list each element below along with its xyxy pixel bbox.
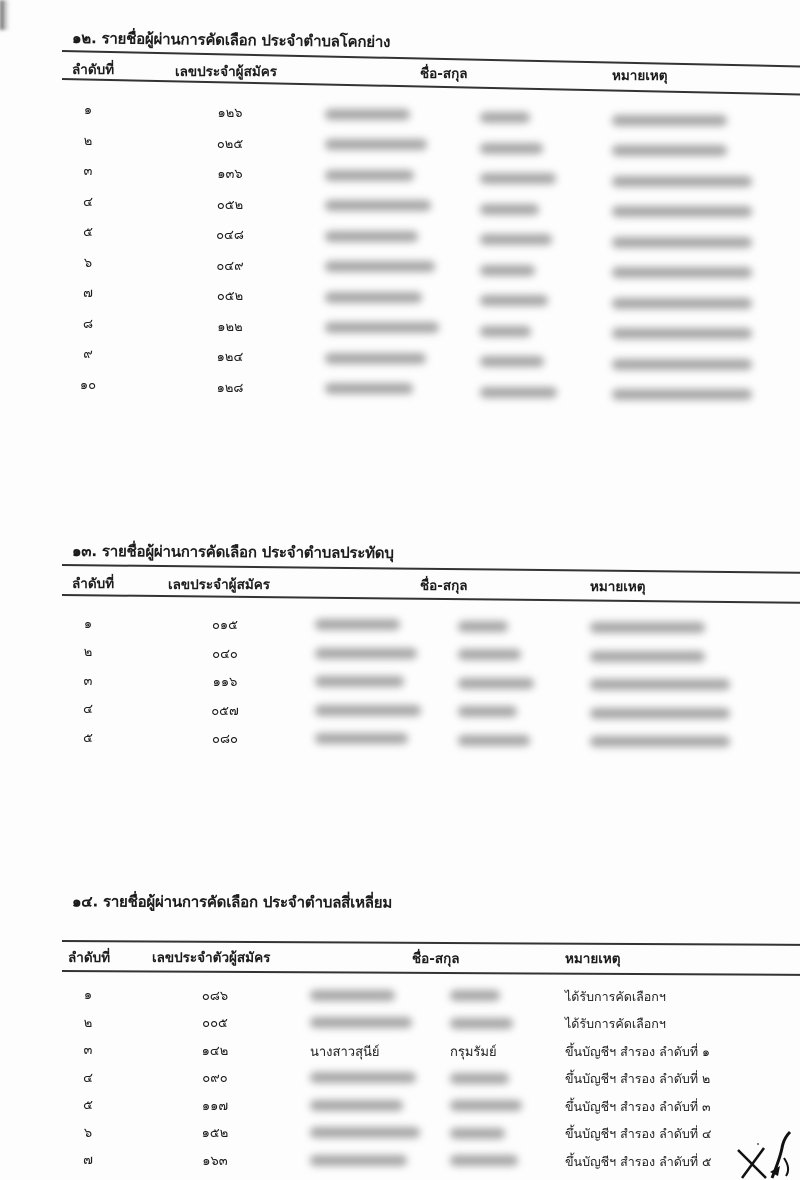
remark-redacted [612, 115, 727, 126]
applicant-id: ๐๐๕ [185, 1012, 245, 1033]
first-name-redacted [325, 353, 426, 364]
section-title: ๑๔. รายชื่อผู้ผ่านการคัดเลือก ประจำตำบลส… [72, 889, 392, 914]
table-row: ๔๐๙๐ขึ้นบัญชีฯ สำรอง ลำดับที่ ๒ [0, 1067, 800, 1095]
last-name-redacted [458, 706, 517, 717]
applicant-id: ๑๓๖ [200, 163, 260, 184]
applicant-id: ๐๑๕ [195, 614, 255, 635]
first-name-redacted [310, 1100, 403, 1111]
header-order: ลำดับที่ [68, 946, 110, 968]
order-number: ๙ [68, 343, 108, 364]
order-number: ๖ [68, 252, 108, 273]
remark-redacted [612, 359, 752, 370]
last-name-redacted [480, 173, 556, 184]
remark: ขึ้นบัญชีฯ สำรอง ลำดับที่ ๒ [565, 1069, 710, 1089]
order-number: ๗ [68, 282, 108, 303]
header-name: ชื่อ-สกุล [412, 947, 460, 969]
table-row: ๑๐๘๖ได้รับการคัดเลือกฯ [0, 984, 800, 1012]
header-remark: หมายเหตุ [612, 64, 668, 86]
order-number: ๓ [68, 160, 108, 181]
last-name-redacted [450, 1073, 509, 1084]
table-row: ๗๑๖๓ขึ้นบัญชีฯ สำรอง ลำดับที่ ๕ [0, 1149, 800, 1177]
applicant-id: ๐๕๒ [200, 285, 260, 306]
first-name-redacted [310, 1155, 407, 1166]
first-name-redacted [325, 261, 435, 272]
order-number: ๑๐ [68, 374, 108, 395]
table-rule [62, 970, 800, 975]
first-name-redacted [325, 139, 427, 150]
last-name-redacted [480, 356, 544, 367]
table-row: ๕๐๘๐ [0, 726, 800, 754]
order-number: ๔ [68, 191, 108, 212]
last-name-redacted [450, 1128, 505, 1139]
remark-redacted [590, 651, 705, 662]
last-name-redacted [450, 990, 500, 1001]
order-number: ๔ [68, 1067, 108, 1088]
applicant-id: ๑๑๖ [195, 671, 255, 692]
table-row: ๘๑๒๒ [0, 312, 800, 340]
first-name-redacted [325, 200, 431, 211]
order-number: ๕ [68, 1094, 108, 1115]
applicant-id: ๐๔๘ [200, 224, 260, 245]
table-row: ๒๐๐๕ได้รับการคัดเลือกฯ [0, 1012, 800, 1040]
remark: ขึ้นบัญชีฯ สำรอง ลำดับที่ ๑ [565, 1042, 710, 1062]
applicant-id: ๐๔๙ [200, 255, 260, 276]
last-name-redacted [458, 649, 521, 660]
remark-redacted [612, 389, 752, 400]
last-name-redacted [480, 265, 535, 276]
remark: ขึ้นบัญชีฯ สำรอง ลำดับที่ ๔ [565, 1124, 712, 1144]
remark-redacted [612, 176, 752, 187]
table-row: ๙๑๒๔ [0, 342, 800, 370]
applicant-id: ๐๙๐ [185, 1067, 245, 1088]
section-title: ๑๒. รายชื่อผู้ผ่านการคัดเลือก ประจำตำบลโ… [72, 26, 391, 54]
table-row: ๑๑๒๖ [0, 98, 800, 126]
order-number: ๑ [68, 613, 108, 634]
order-number: ๕ [68, 221, 108, 242]
applicant-id: ๑๑๗ [185, 1095, 245, 1116]
table-row: ๓๑๓๖ [0, 159, 800, 187]
first-name-redacted [310, 990, 395, 1001]
table-rule [62, 940, 800, 945]
applicant-id: ๐๔๐ [195, 643, 255, 664]
last-name-redacted [450, 1155, 518, 1166]
last-name-redacted [458, 735, 530, 746]
remark-redacted [612, 237, 752, 248]
table-row: ๗๐๕๒ [0, 281, 800, 309]
remark: ได้รับการคัดเลือกฯ [565, 987, 666, 1007]
applicant-id: ๑๒๔ [200, 346, 260, 367]
order-number: ๖ [68, 1122, 108, 1143]
first-name-redacted [325, 292, 422, 303]
table-row: ๕๑๑๗ขึ้นบัญชีฯ สำรอง ลำดับที่ ๓ [0, 1094, 800, 1122]
order-number: ๔ [68, 698, 108, 719]
first-name-redacted [325, 109, 410, 120]
applicant-id: ๑๕๒ [185, 1122, 245, 1143]
applicant-id: ๐๕๒ [200, 194, 260, 215]
table-row: ๒๐๒๕ [0, 129, 800, 157]
table-row: ๕๐๔๘ [0, 220, 800, 248]
remark-redacted [590, 622, 705, 633]
last-name-redacted [450, 1018, 513, 1029]
signature-icon [728, 1128, 798, 1180]
last-name-redacted [480, 112, 530, 123]
remark-redacted [590, 736, 730, 747]
header-applicant-id: เลขประจำผู้สมัคร [168, 573, 270, 595]
header-applicant-id: เลขประจำตัวผู้สมัคร [152, 946, 270, 968]
remark-redacted [612, 206, 752, 217]
last-name-redacted [458, 678, 534, 689]
header-name: ชื่อ-สกุล [420, 62, 468, 84]
table-row: ๖๐๔๙ [0, 251, 800, 279]
remark-redacted [612, 267, 752, 278]
header-applicant-id: เลขประจำผู้สมัคร [175, 60, 277, 82]
first-name-redacted [325, 383, 413, 394]
first-name-redacted [310, 1017, 412, 1028]
table-row: ๑๐๑๒๘ [0, 373, 800, 401]
applicant-id: ๑๖๓ [185, 1150, 245, 1171]
order-number: ๓ [68, 1039, 108, 1060]
first-name-redacted [315, 733, 408, 744]
last-name-redacted [450, 1100, 522, 1111]
first-name-redacted [315, 619, 400, 630]
table-row: ๓๑๔๒นางสาวสุนีย์กรุมรัมย์ขึ้นบัญชีฯ สำรอ… [0, 1039, 800, 1067]
order-number: ๒ [68, 641, 108, 662]
applicant-id: ๐๘๐ [195, 728, 255, 749]
table-row: ๖๑๕๒ขึ้นบัญชีฯ สำรอง ลำดับที่ ๔ [0, 1122, 800, 1150]
order-number: ๑ [68, 984, 108, 1005]
table-rule [62, 564, 800, 573]
order-number: ๗ [68, 1149, 108, 1170]
last-name: กรุมรัมย์ [450, 1041, 497, 1062]
first-name: นางสาวสุนีย์ [310, 1041, 380, 1062]
order-number: ๓ [68, 670, 108, 691]
last-name-redacted [458, 621, 508, 632]
first-name-redacted [310, 1072, 416, 1083]
last-name-redacted [480, 326, 531, 337]
section-title: ๑๓. รายชื่อผู้ผ่านการคัดเลือก ประจำตำบลป… [72, 539, 394, 565]
table-row: ๔๐๕๗ [0, 698, 800, 726]
remark-redacted [590, 679, 730, 690]
order-number: ๘ [68, 313, 108, 334]
first-name-redacted [315, 705, 421, 716]
applicant-id: ๑๔๒ [185, 1040, 245, 1061]
last-name-redacted [480, 387, 557, 398]
remark-redacted [612, 298, 752, 309]
first-name-redacted [325, 322, 439, 333]
applicant-id: ๑๒๘ [200, 377, 260, 398]
header-remark: หมายเหตุ [565, 947, 621, 969]
table-row: ๒๐๔๐ [0, 641, 800, 669]
order-number: ๒ [68, 130, 108, 151]
first-name-redacted [315, 648, 417, 659]
last-name-redacted [480, 204, 539, 215]
table-row: ๔๐๕๒ [0, 190, 800, 218]
scan-edge-shadow [0, 0, 10, 30]
first-name-redacted [325, 231, 418, 242]
order-number: ๑ [68, 99, 108, 120]
applicant-id: ๑๒๖ [200, 102, 260, 123]
table-row: ๑๐๑๕ [0, 612, 800, 640]
header-remark: หมายเหตุ [590, 575, 646, 597]
last-name-redacted [480, 295, 548, 306]
order-number: ๕ [68, 727, 108, 748]
header-order: ลำดับที่ [72, 58, 114, 80]
remark: ได้รับการคัดเลือกฯ [565, 1014, 666, 1034]
applicant-id: ๐๕๗ [195, 700, 255, 721]
first-name-redacted [310, 1127, 420, 1138]
first-name-redacted [315, 676, 404, 687]
order-number: ๒ [68, 1012, 108, 1033]
remark-redacted [612, 328, 752, 339]
remark: ขึ้นบัญชีฯ สำรอง ลำดับที่ ๓ [565, 1097, 711, 1117]
last-name-redacted [480, 143, 543, 154]
applicant-id: ๐๘๖ [185, 985, 245, 1006]
remark: ขึ้นบัญชีฯ สำรอง ลำดับที่ ๕ [565, 1152, 712, 1172]
remark-redacted [590, 708, 730, 719]
first-name-redacted [325, 170, 414, 181]
table-row: ๓๑๑๖ [0, 669, 800, 697]
applicant-id: ๑๒๒ [200, 316, 260, 337]
header-order: ลำดับที่ [72, 572, 114, 594]
header-name: ชื่อ-สกุล [420, 574, 468, 596]
last-name-redacted [480, 234, 552, 245]
applicant-id: ๐๒๕ [200, 133, 260, 154]
remark-redacted [612, 145, 727, 156]
